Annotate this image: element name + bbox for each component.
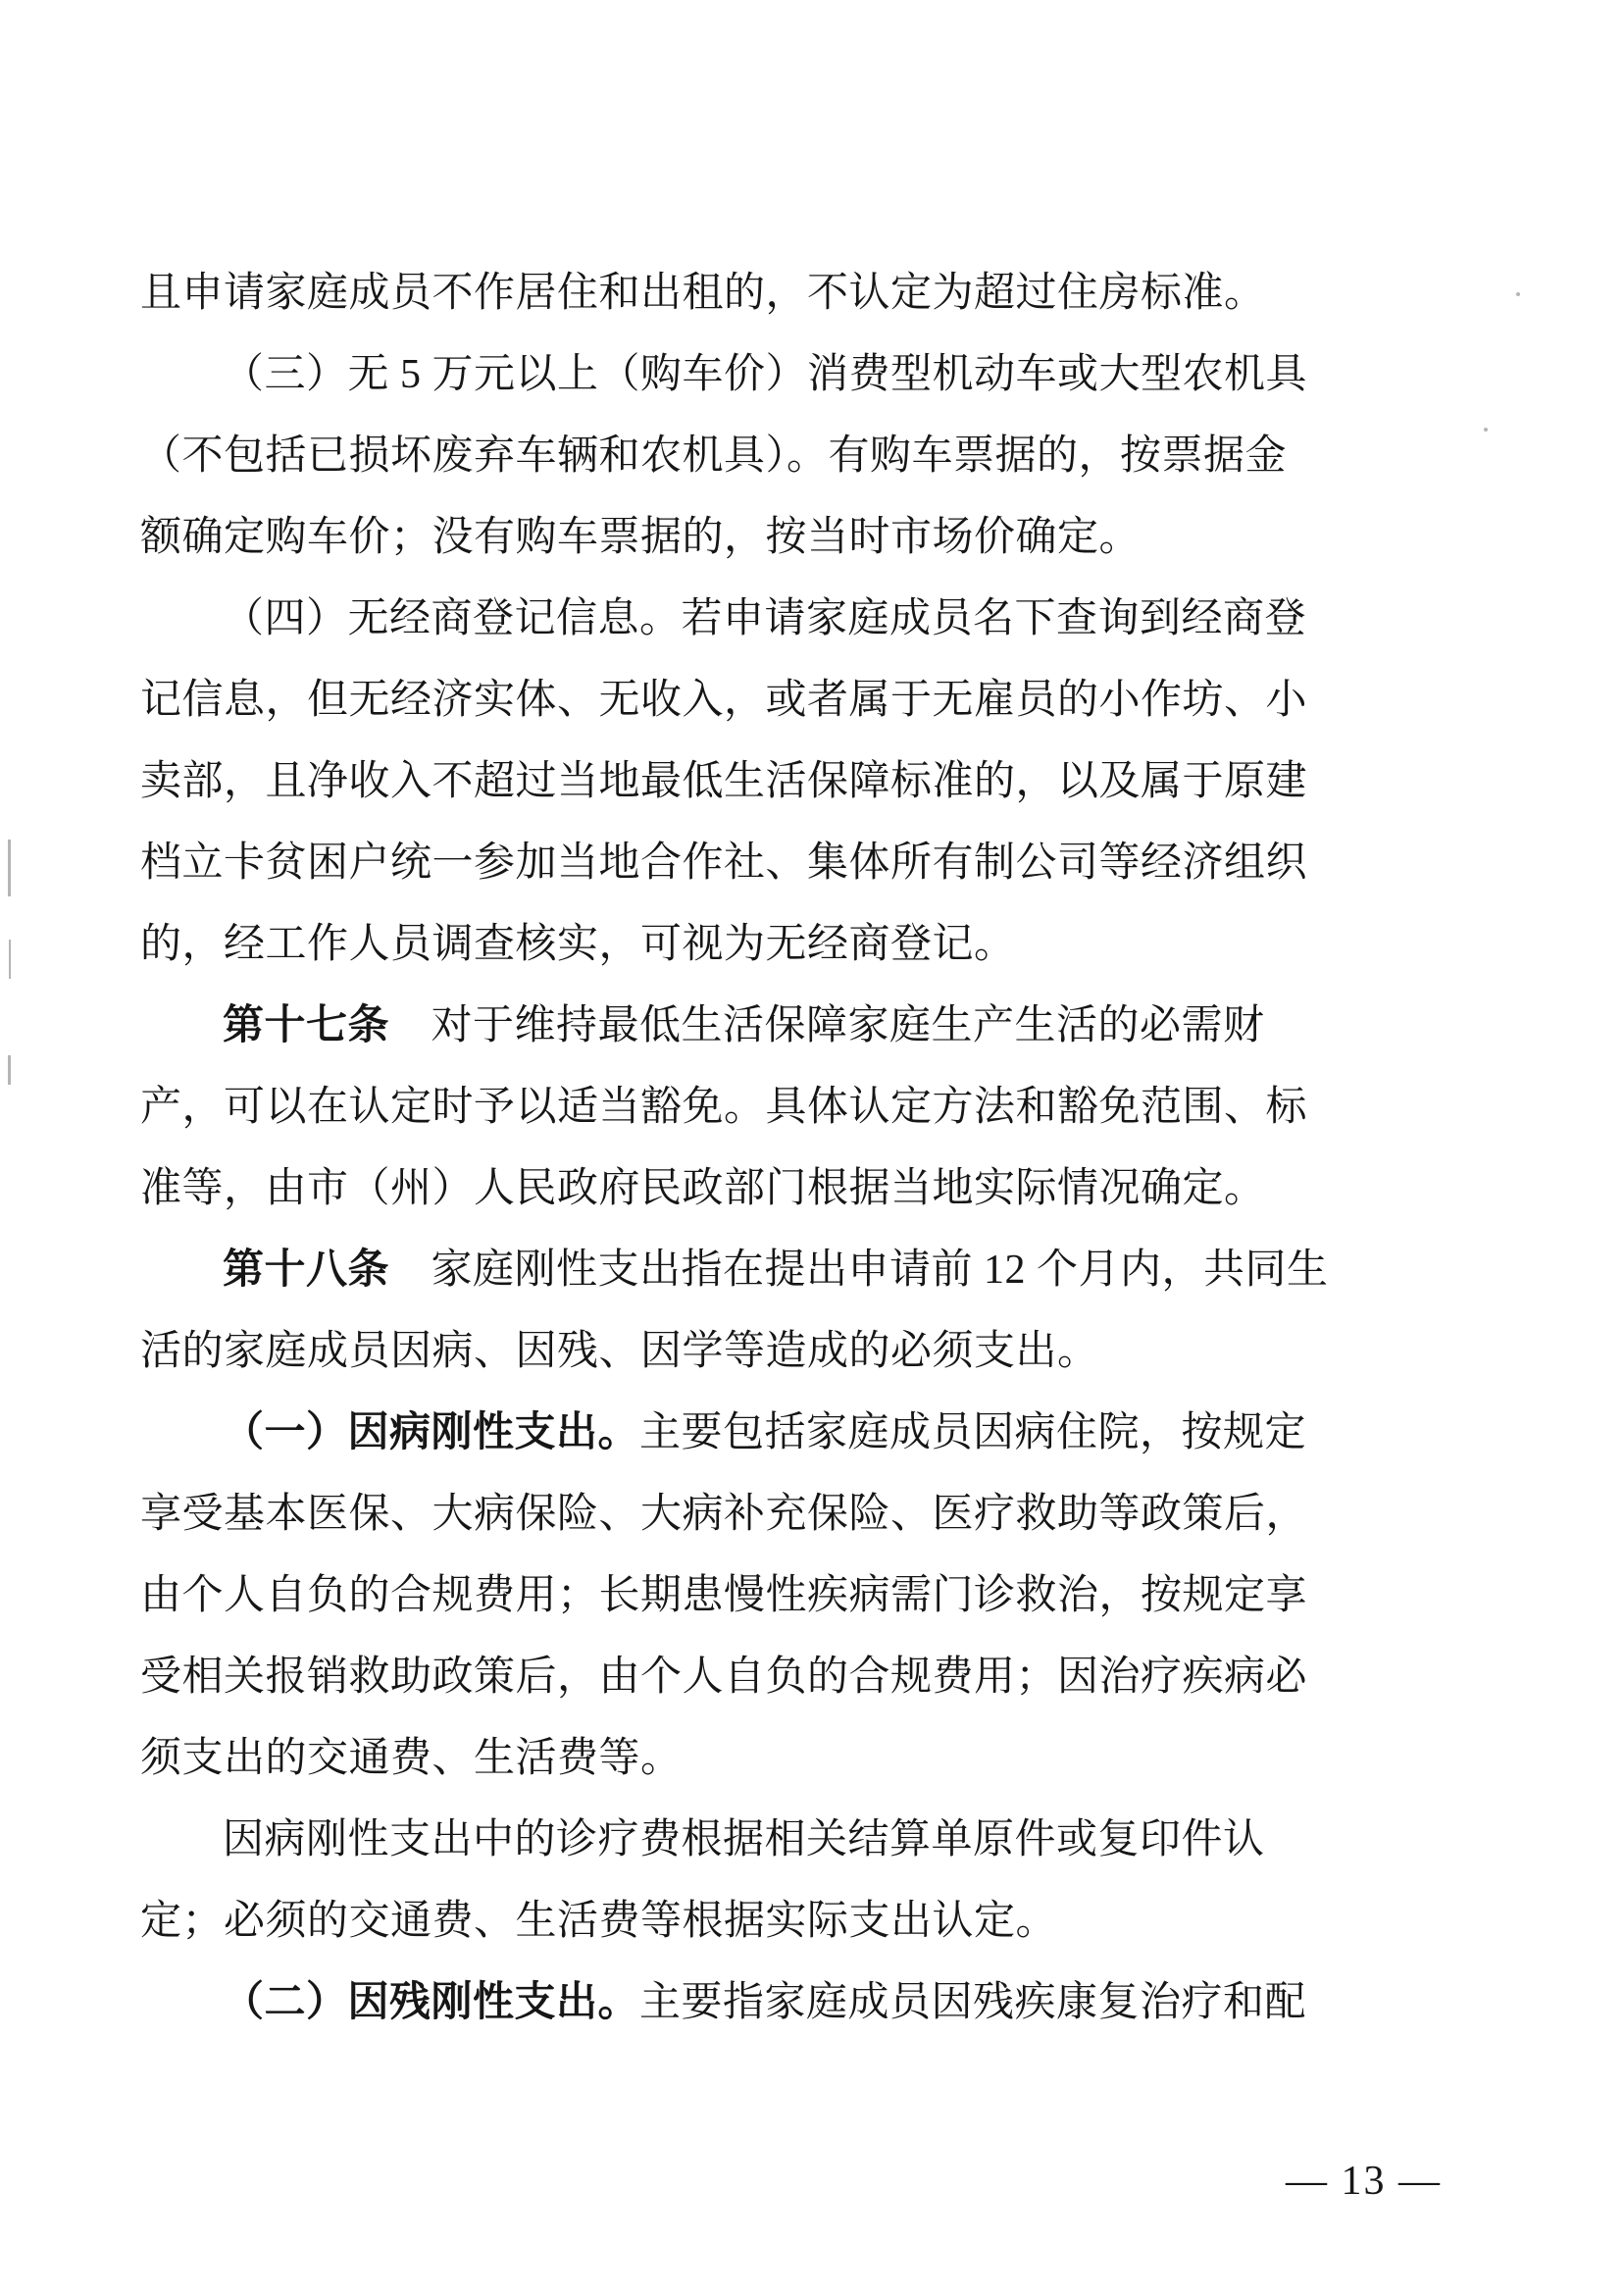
text-run: 受相关报销救助政策后，由个人自负的合规费用；因治疗疾病必 [140,1655,1307,1700]
text-line: （三）无 5 万元以上（购车价）消费型机动车或大型农机具 [140,334,1396,416]
text-line: （四）无经商登记信息。若申请家庭成员名下查询到经商登 [140,579,1396,660]
scan-artifact [1516,292,1520,296]
text-line: 卖部，且净收入不超过当地最低生活保障标准的，以及属于原建 [140,741,1396,823]
text-run: 活的家庭成员因病、因残、因学等造成的必须支出。 [140,1329,1099,1374]
text-run: 家庭刚性支出指在提出申请前 12 个月内，共同生 [389,1248,1329,1293]
scan-artifact [9,940,11,979]
document-page: 且申请家庭成员不作居住和出租的，不认定为超过住房标准。（三）无 5 万元以上（购… [0,0,1624,2293]
text-run: 准等，由市（州）人民政府民政部门根据当地实际情况确定。 [140,1166,1266,1211]
text-line: 因病刚性支出中的诊疗费根据相关结算单原件或复印件认 [140,1800,1396,1881]
text-line: 活的家庭成员因病、因残、因学等造成的必须支出。 [140,1311,1396,1393]
text-line: 且申请家庭成员不作居住和出租的，不认定为超过住房标准。 [140,253,1396,334]
text-run: 因病刚性支出中的诊疗费根据相关结算单原件或复印件认 [223,1817,1265,1862]
text-run-bold: （二）因残刚性支出。 [223,1980,639,2025]
text-line: 额确定购车价；没有购车票据的，按当时市场价确定。 [140,497,1396,579]
text-line: 第十八条 家庭刚性支出指在提出申请前 12 个月内，共同生 [140,1230,1396,1311]
page-number: — 13 — [1286,2158,1442,2205]
text-run: 主要指家庭成员因残疾康复治疗和配 [639,1980,1306,2025]
text-line: 享受基本医保、大病保险、大病补充保险、医疗救助等政策后， [140,1474,1396,1555]
text-run: 记信息，但无经济实体、无收入，或者属于无雇员的小作坊、小 [140,678,1307,723]
text-run: （不包括已损坏废弃车辆和农机具）。有购车票据的，按票据金 [140,433,1287,479]
text-line: （一）因病刚性支出。主要包括家庭成员因病住院，按规定 [140,1393,1396,1474]
text-line: 档立卡贫困户统一参加当地合作社、集体所有制公司等经济组织 [140,823,1396,904]
text-run: 对于维持最低生活保障家庭生产生活的必需财 [389,1003,1265,1048]
text-line: （二）因残刚性支出。主要指家庭成员因残疾康复治疗和配 [140,1962,1396,2044]
scan-artifact [1484,428,1488,432]
text-line: 的，经工作人员调查核实，可视为无经商登记。 [140,904,1396,986]
text-line: 由个人自负的合规费用；长期患慢性疾病需门诊救治，按规定享 [140,1555,1396,1637]
text-run: 产，可以在认定时予以适当豁免。具体认定方法和豁免范围、标 [140,1085,1307,1130]
text-run: 卖部，且净收入不超过当地最低生活保障标准的，以及属于原建 [140,759,1307,804]
text-run: （三）无 5 万元以上（购车价）消费型机动车或大型农机具 [223,352,1307,397]
text-line: 定；必须的交通费、生活费等根据实际支出认定。 [140,1881,1396,1962]
text-line: 记信息，但无经济实体、无收入，或者属于无雇员的小作坊、小 [140,660,1396,741]
text-line: 准等，由市（州）人民政府民政部门根据当地实际情况确定。 [140,1148,1396,1230]
text-run: 由个人自负的合规费用；长期患慢性疾病需门诊救治，按规定享 [140,1573,1307,1618]
text-run: 定；必须的交通费、生活费等根据实际支出认定。 [140,1899,1057,1944]
text-run: 且申请家庭成员不作居住和出租的，不认定为超过住房标准。 [140,271,1266,316]
text-run-bold: 第十七条 [223,1003,389,1048]
text-run-bold: （一）因病刚性支出。 [223,1410,639,1455]
text-line: 第十七条 对于维持最低生活保障家庭生产生活的必需财 [140,986,1396,1067]
text-run: 的，经工作人员调查核实，可视为无经商登记。 [140,922,1016,967]
text-run-bold: 第十八条 [223,1248,389,1293]
text-run: 须支出的交通费、生活费等。 [140,1736,683,1781]
scan-artifact [8,1055,11,1085]
text-line: 受相关报销救助政策后，由个人自负的合规费用；因治疗疾病必 [140,1637,1396,1718]
text-run: （四）无经商登记信息。若申请家庭成员名下查询到经商登 [223,596,1306,641]
text-run: 主要包括家庭成员因病住院，按规定 [639,1410,1306,1455]
text-line: 产，可以在认定时予以适当豁免。具体认定方法和豁免范围、标 [140,1067,1396,1148]
text-line: （不包括已损坏废弃车辆和农机具）。有购车票据的，按票据金 [140,416,1396,497]
text-run: 档立卡贫困户统一参加当地合作社、集体所有制公司等经济组织 [140,841,1307,886]
scan-artifact [8,840,11,896]
text-line: 须支出的交通费、生活费等。 [140,1718,1396,1800]
text-run: 享受基本医保、大病保险、大病补充保险、医疗救助等政策后， [140,1492,1307,1537]
text-run: 额确定购车价；没有购车票据的，按当时市场价确定。 [140,515,1141,560]
document-body: 且申请家庭成员不作居住和出租的，不认定为超过住房标准。（三）无 5 万元以上（购… [140,253,1396,2044]
